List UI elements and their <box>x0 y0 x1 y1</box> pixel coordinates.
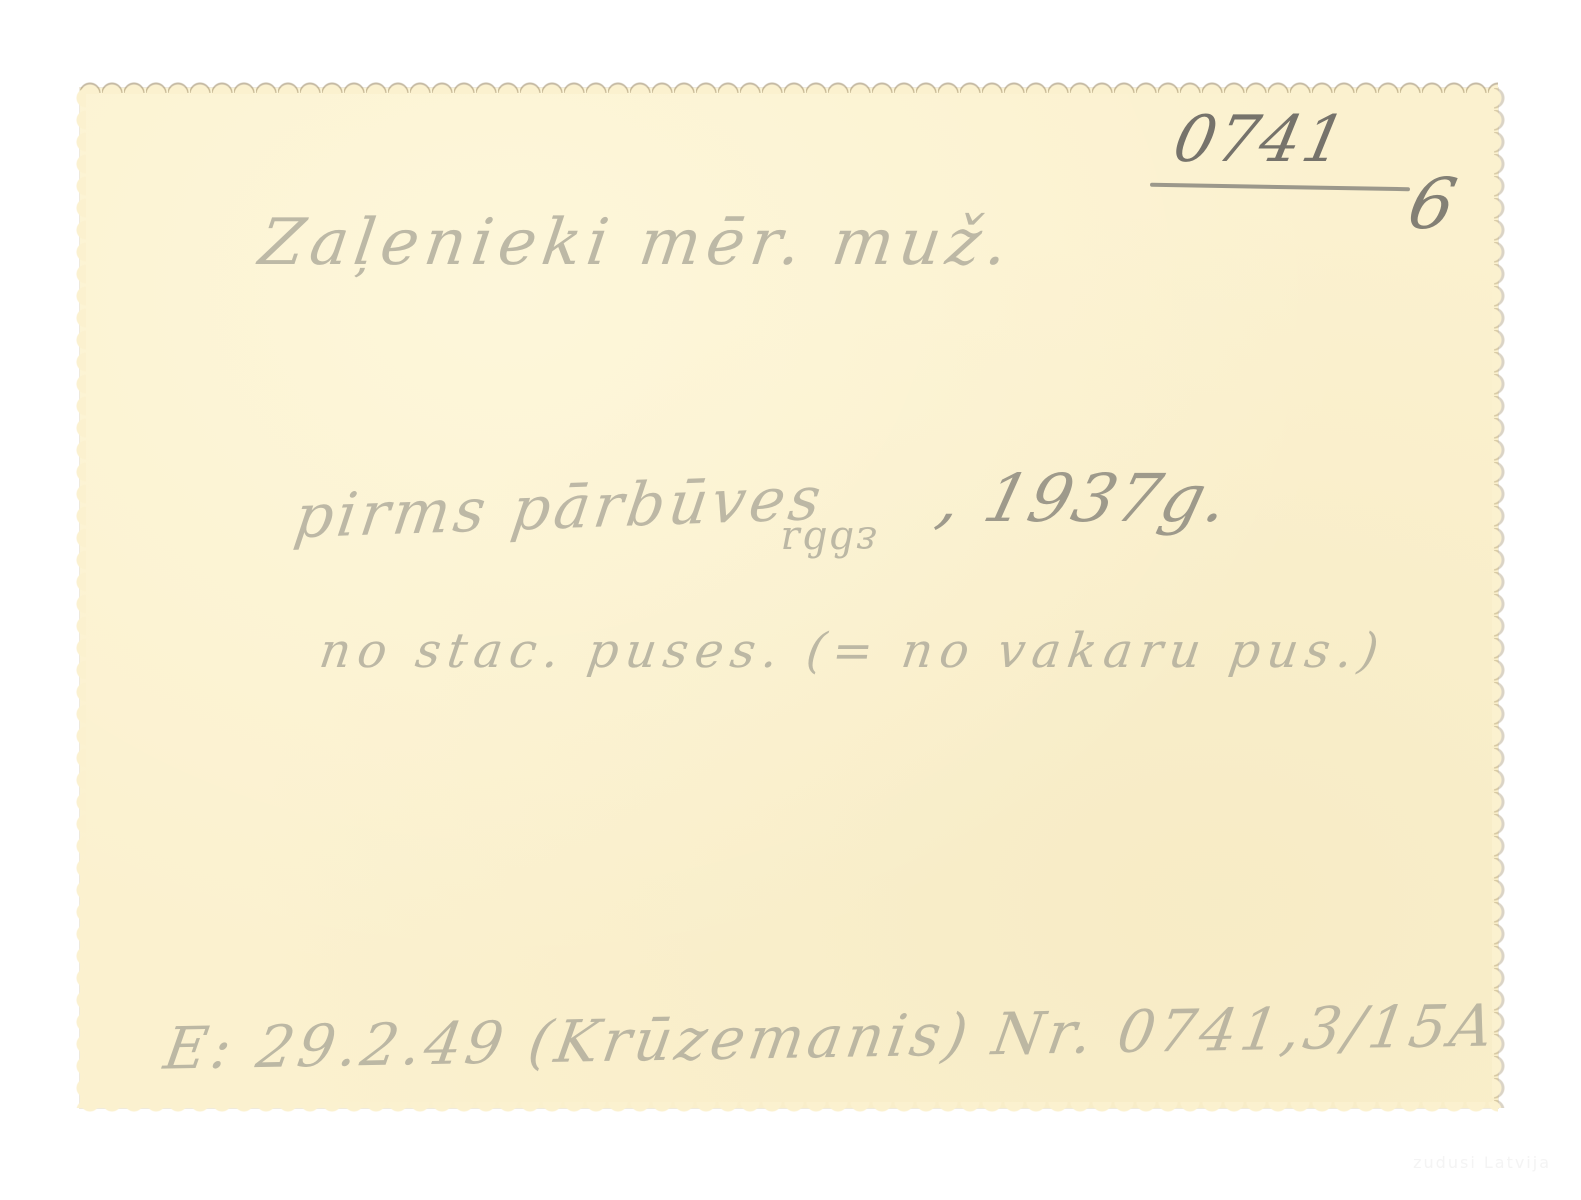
inscription-year: , 1937g. <box>930 460 1238 537</box>
reference-suffix: 6 <box>1401 163 1465 245</box>
scalloped-edge-top <box>80 82 1498 94</box>
watermark: zudusi Latvija <box>1413 1153 1551 1172</box>
inscription-archive-record: E: 29.2.49 (Krūzemanis) Nr. 0741,3/15A <box>160 991 1502 1082</box>
inscription-before-rebuild: pirms pārbūves <box>290 464 829 553</box>
scalloped-edge-right <box>1492 88 1504 1108</box>
inscription-location: Zaļenieki mēr. muž. <box>255 206 1018 280</box>
inscription-view-side: no stac. puses. (= no vakaru pus.) <box>316 623 1389 679</box>
inscription-upside-down: ɛɓɓɹ <box>780 518 877 564</box>
reference-underline <box>1150 183 1410 192</box>
scalloped-edge-bottom <box>80 1102 1498 1114</box>
reference-number: 0741 <box>1167 103 1354 177</box>
scalloped-edge-left <box>74 88 86 1108</box>
photo-card-back: 0741 6 Zaļenieki mēr. muž. pirms pārbūve… <box>80 88 1498 1108</box>
